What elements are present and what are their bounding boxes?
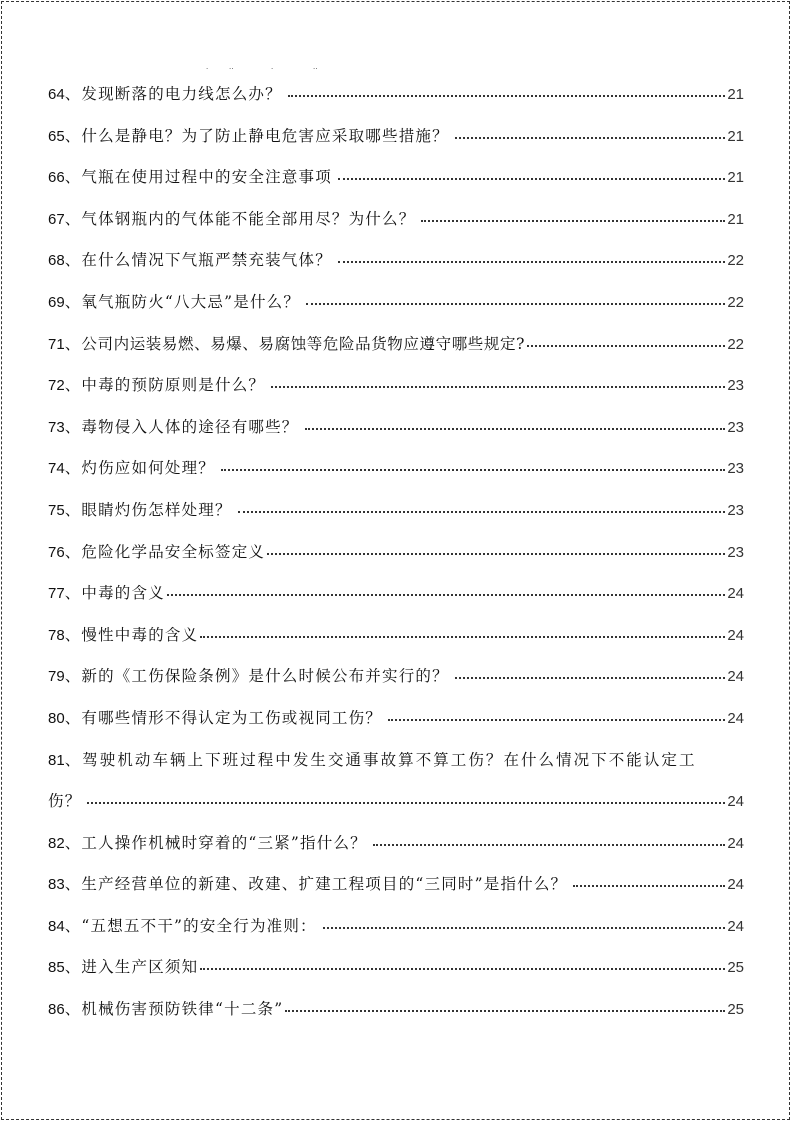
entry-number: 78	[48, 615, 65, 657]
dot-leader	[338, 250, 725, 266]
dot-leader	[455, 666, 726, 682]
entry-separator: 、	[65, 116, 82, 158]
entry-title-line-2: 伤？ 24	[48, 781, 744, 823]
entry-page-number: 25	[727, 947, 744, 989]
toc-entry-71[interactable]: 71、公司内运装易燃、易爆、易腐蚀等危险品货物应遵守哪些规定? 22	[48, 324, 744, 366]
entry-separator: 、	[65, 324, 82, 366]
entry-title: 新的《工伤保险条例》是什么时候公布并实行的？	[81, 656, 448, 698]
entry-page-number: 24	[727, 656, 744, 698]
dot-leader	[305, 416, 726, 432]
entry-title: 生产经营单位的新建、改建、扩建工程项目的“三同时”是指什么？	[81, 864, 567, 906]
entry-title: 进入生产区须知	[81, 947, 198, 989]
dot-leader	[200, 624, 725, 640]
header-marks: . .. . ..	[0, 62, 793, 72]
toc-entry-83[interactable]: 83、生产经营单位的新建、改建、扩建工程项目的“三同时”是指什么？ 24	[48, 864, 744, 906]
entry-separator: 、	[65, 490, 82, 532]
entry-title: 气体钢瓶内的气体能不能全部用尽？为什么？	[81, 199, 415, 241]
entry-page-number: 23	[727, 365, 744, 407]
header-mark: .	[271, 62, 273, 72]
toc-entry-79[interactable]: 79、新的《工伤保险条例》是什么时候公布并实行的？ 24	[48, 656, 744, 698]
header-mark: ..	[313, 62, 317, 72]
dot-leader	[271, 375, 725, 391]
entry-number: 82	[48, 823, 65, 865]
toc-entry-65[interactable]: 65、什么是静电？为了防止静电危害应采取哪些措施？ 21	[48, 116, 744, 158]
toc-entry-66[interactable]: 66、气瓶在使用过程中的安全注意事项 21	[48, 157, 744, 199]
dot-leader	[455, 125, 726, 141]
entry-title: 中毒的预防原则是什么？	[81, 365, 265, 407]
entry-title: 危险化学品安全标签定义	[81, 532, 265, 574]
toc-entry-64[interactable]: 64、发现断落的电力线怎么办？ 21	[48, 74, 744, 116]
entry-number: 69	[48, 282, 65, 324]
dot-leader	[373, 832, 725, 848]
dot-leader	[388, 707, 725, 723]
entry-number: 85	[48, 947, 65, 989]
entry-title: 发现断落的电力线怎么办？	[81, 74, 281, 116]
entry-separator: 、	[65, 240, 82, 282]
entry-number: 76	[48, 532, 65, 574]
entry-page-number: 25	[727, 989, 744, 1031]
entry-page-number: 23	[727, 448, 744, 490]
dot-leader	[306, 291, 725, 307]
dot-leader	[221, 458, 725, 474]
entry-separator: 、	[65, 407, 82, 449]
entry-separator: 、	[65, 823, 82, 865]
entry-number: 75	[48, 490, 65, 532]
entry-title: 工人操作机械时穿着的“三紧”指什么？	[81, 823, 366, 865]
toc-entry-86[interactable]: 86、机械伤害预防铁律“十二条” 25	[48, 989, 744, 1031]
entry-number: 66	[48, 157, 65, 199]
entry-title: 什么是静电？为了防止静电危害应采取哪些措施？	[81, 116, 448, 158]
dot-leader	[87, 791, 725, 807]
toc-entry-73[interactable]: 73、毒物侵入人体的途径有哪些？ 23	[48, 407, 744, 449]
dot-leader	[285, 999, 725, 1015]
dot-leader	[421, 208, 725, 224]
entry-number: 64	[48, 74, 65, 116]
entry-separator: 、	[65, 656, 82, 698]
entry-number: 83	[48, 864, 65, 906]
entry-page-number: 22	[727, 282, 744, 324]
dot-leader	[573, 874, 725, 890]
entry-page-number: 22	[727, 240, 744, 282]
entry-separator: 、	[65, 698, 82, 740]
entry-separator: 、	[65, 573, 82, 615]
entry-title: 慢性中毒的含义	[81, 615, 198, 657]
entry-title: 有哪些情形不得认定为工伤或视同工伤？	[81, 698, 382, 740]
toc-entry-77[interactable]: 77、中毒的含义 24	[48, 573, 744, 615]
entry-number: 73	[48, 407, 65, 449]
entry-separator: 、	[65, 365, 82, 407]
entry-title: 灼伤应如何处理？	[81, 448, 215, 490]
dot-leader	[267, 541, 725, 557]
entry-number: 81	[48, 752, 65, 769]
entry-title: 驾驶机动车辆上下班过程中发生交通事故算不算工伤？在什么情况下不能认定工	[82, 751, 696, 769]
table-of-contents: 64、发现断落的电力线怎么办？ 21 65、什么是静电？为了防止静电危害应采取哪…	[48, 74, 744, 1031]
entry-page-number: 24	[727, 906, 744, 948]
entry-page-number: 21	[727, 74, 744, 116]
entry-page-number: 24	[727, 823, 744, 865]
header-mark: ..	[229, 62, 233, 72]
entry-separator: 、	[65, 157, 82, 199]
toc-entry-80[interactable]: 80、有哪些情形不得认定为工伤或视同工伤？ 24	[48, 698, 744, 740]
entry-title: 气瓶在使用过程中的安全注意事项	[81, 157, 332, 199]
entry-page-number: 22	[727, 324, 744, 366]
entry-title-continued: 伤？	[48, 781, 81, 823]
toc-entry-76[interactable]: 76、危险化学品安全标签定义 23	[48, 532, 744, 574]
entry-number: 72	[48, 365, 65, 407]
dot-leader	[323, 915, 726, 931]
entry-title: 在什么情况下气瓶严禁充装气体？	[81, 240, 332, 282]
dot-leader	[288, 84, 726, 100]
entry-separator: 、	[65, 989, 82, 1031]
entry-number: 79	[48, 656, 65, 698]
entry-page-number: 24	[727, 573, 744, 615]
entry-title-line-1: 81、驾驶机动车辆上下班过程中发生交通事故算不算工伤？在什么情况下不能认定工	[48, 740, 744, 782]
toc-entry-82[interactable]: 82、工人操作机械时穿着的“三紧”指什么？ 24	[48, 823, 744, 865]
toc-entry-84[interactable]: 84、“五想五不干”的安全行为准则： 24	[48, 906, 744, 948]
entry-number: 74	[48, 448, 65, 490]
entry-title: 氧气瓶防火“八大忌”是什么？	[81, 282, 300, 324]
entry-number: 77	[48, 573, 65, 615]
entry-separator: 、	[65, 864, 82, 906]
dot-leader	[200, 957, 725, 973]
entry-title: 公司内运装易燃、易爆、易腐蚀等危险品货物应遵守哪些规定?	[81, 324, 525, 366]
entry-page-number: 24	[727, 864, 744, 906]
toc-entry-85[interactable]: 85、进入生产区须知 25	[48, 947, 744, 989]
dot-leader	[238, 499, 726, 515]
toc-entry-75[interactable]: 75、眼睛灼伤怎样处理？ 23	[48, 490, 744, 532]
entry-title: “五想五不干”的安全行为准则：	[81, 906, 316, 948]
entry-page-number: 21	[727, 199, 744, 241]
entry-title: 毒物侵入人体的途径有哪些？	[81, 407, 298, 449]
entry-number: 80	[48, 698, 65, 740]
entry-title: 中毒的含义	[81, 573, 165, 615]
entry-page-number: 23	[727, 532, 744, 574]
entry-number: 84	[48, 906, 65, 948]
dot-leader	[527, 333, 725, 349]
entry-page-number: 24	[727, 781, 744, 823]
entry-number: 65	[48, 116, 65, 158]
entry-page-number: 24	[727, 615, 744, 657]
entry-page-number: 21	[727, 116, 744, 158]
toc-entry-72[interactable]: 72、中毒的预防原则是什么？ 23	[48, 365, 744, 407]
toc-entry-68[interactable]: 68、在什么情况下气瓶严禁充装气体？ 22	[48, 240, 744, 282]
entry-separator: 、	[65, 74, 82, 116]
entry-separator: 、	[65, 615, 82, 657]
entry-page-number: 21	[727, 157, 744, 199]
entry-separator: 、	[65, 906, 82, 948]
header-mark: .	[206, 62, 208, 72]
dot-leader	[338, 167, 725, 183]
entry-number: 71	[48, 324, 65, 366]
entry-page-number: 23	[727, 407, 744, 449]
toc-entry-78[interactable]: 78、慢性中毒的含义 24	[48, 615, 744, 657]
toc-entry-67[interactable]: 67、气体钢瓶内的气体能不能全部用尽？为什么？ 21	[48, 199, 744, 241]
entry-page-number: 24	[727, 698, 744, 740]
entry-separator: 、	[65, 532, 82, 574]
toc-entry-81[interactable]: 81、驾驶机动车辆上下班过程中发生交通事故算不算工伤？在什么情况下不能认定工 伤…	[48, 740, 744, 823]
entry-number: 67	[48, 199, 65, 241]
entry-number: 68	[48, 240, 65, 282]
entry-page-number: 23	[727, 490, 744, 532]
dot-leader	[167, 583, 725, 599]
entry-title: 机械伤害预防铁律“十二条”	[81, 989, 283, 1031]
entry-separator: 、	[65, 751, 83, 769]
entry-title: 眼睛灼伤怎样处理？	[81, 490, 231, 532]
toc-entry-74[interactable]: 74、灼伤应如何处理？ 23	[48, 448, 744, 490]
entry-number: 86	[48, 989, 65, 1031]
entry-separator: 、	[65, 282, 82, 324]
entry-separator: 、	[65, 448, 82, 490]
toc-entry-69[interactable]: 69、氧气瓶防火“八大忌”是什么？ 22	[48, 282, 744, 324]
entry-separator: 、	[65, 947, 82, 989]
entry-separator: 、	[65, 199, 82, 241]
